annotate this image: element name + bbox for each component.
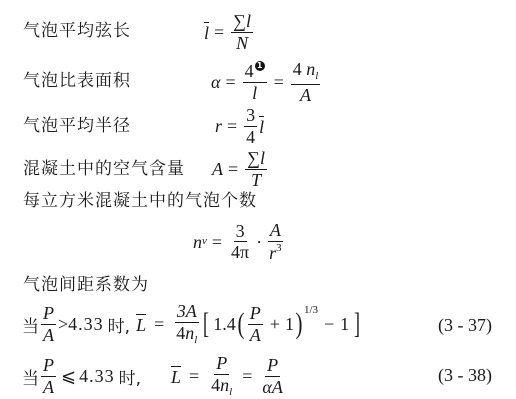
l-bar: l xyxy=(259,116,264,136)
fraction: 4 nl A xyxy=(291,60,321,104)
fraction: P αA xyxy=(260,356,284,397)
fraction: 3A 4nl xyxy=(174,302,199,346)
label-specific-surface: 气泡比表面积 xyxy=(23,73,131,90)
formula-bubble-count: nv = 3 4π · A r3 xyxy=(193,221,286,263)
fraction: 3 4π xyxy=(229,222,251,263)
label-mean-chord-length: 气泡平均弦长 xyxy=(23,23,131,40)
L-bar: L xyxy=(171,366,181,386)
L-bar: L xyxy=(136,314,146,334)
formula-air-content: A = ∑l T xyxy=(212,149,269,190)
label-bubble-count: 每立方米混凝土中的气泡个数 xyxy=(23,193,257,210)
equation-3-38: 当 P A ⩽ 4.33 时, L = P 4nl = P αA xyxy=(22,354,287,398)
fraction: ∑l N xyxy=(231,12,253,53)
equation-3-37: 当 P A > 4.33 时, L = 3A 4nl [ 1.4 ( P A +… xyxy=(22,302,362,346)
footnote-mark-icon[interactable]: 1 xyxy=(255,61,265,71)
formula-mean-chord-length: l = ∑l N xyxy=(204,12,255,53)
label-spacing-factor: 气泡间距系数为 xyxy=(23,277,149,294)
equation-number-3-38: (3 - 38) xyxy=(438,365,492,386)
fraction: 3 4 xyxy=(244,106,257,147)
formula-specific-surface: α = 41 l = 4 nl A xyxy=(211,60,322,104)
label-mean-radius: 气泡平均半径 xyxy=(23,118,131,135)
l-bar: l xyxy=(204,22,209,42)
fraction: 41 l xyxy=(243,61,267,103)
fraction: P A xyxy=(248,304,263,345)
condition-fraction: P A xyxy=(41,304,56,345)
label-air-content: 混凝土中的空气含量 xyxy=(23,161,185,178)
equation-number-3-37: (3 - 37) xyxy=(438,315,492,336)
formula-mean-radius: r = 3 4 l xyxy=(215,106,264,147)
fraction: P 4nl xyxy=(209,354,234,398)
condition-fraction: P A xyxy=(41,356,56,397)
fraction: A r3 xyxy=(267,221,284,263)
fraction: ∑l T xyxy=(245,149,267,190)
